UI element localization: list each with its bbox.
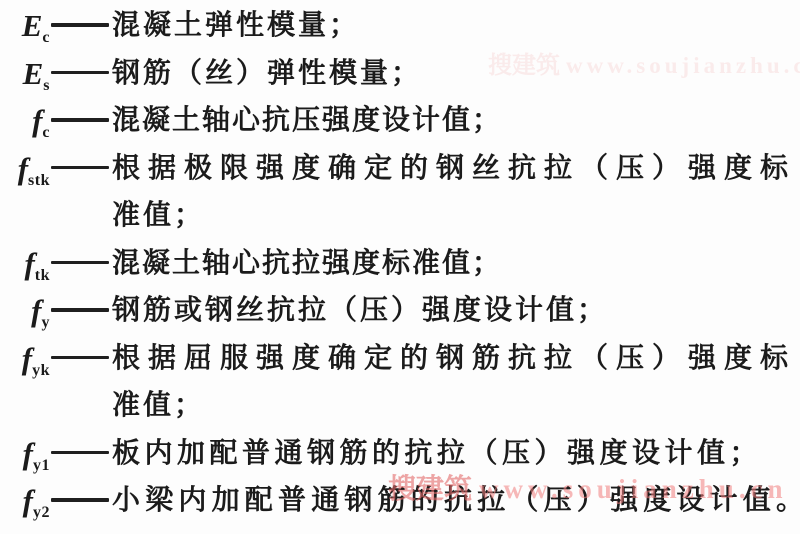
definition-item: Ec混凝土弹性模量； <box>0 2 800 50</box>
em-dash-rule <box>50 477 112 525</box>
symbol: ftk <box>0 240 50 288</box>
definition-line: 根据极限强度确定的钢丝抗拉（压）强度标 <box>112 145 800 193</box>
em-dash-rule <box>50 335 112 383</box>
symbol: fy1 <box>0 430 50 478</box>
definition-text: 混凝土轴心抗拉强度标准值； <box>112 240 800 288</box>
symbol-base: f <box>23 483 33 518</box>
em-dash-rule <box>50 430 112 478</box>
em-dash-bar <box>51 166 109 170</box>
em-dash-rule <box>50 240 112 288</box>
definition-line: 混凝土轴心抗压强度设计值； <box>112 97 800 145</box>
symbol-base: E <box>23 56 44 91</box>
symbol-base: f <box>18 151 28 186</box>
definition-item: fy1板内加配普通钢筋的抗拉（压）强度设计值； <box>0 430 800 478</box>
em-dash-bar <box>51 261 109 265</box>
symbol-subscript: tk <box>35 267 50 284</box>
symbol-subscript: c <box>42 124 50 141</box>
em-dash-bar <box>51 308 109 312</box>
symbol-base: f <box>31 293 41 328</box>
em-dash-rule <box>50 287 112 335</box>
symbol-base: f <box>23 436 33 471</box>
symbol-base: E <box>22 8 43 43</box>
definition-text: 根据极限强度确定的钢丝抗拉（压）强度标准值； <box>112 145 800 240</box>
definition-text: 小梁内加配普通钢筋的抗拉（压）强度设计值。 <box>112 477 800 525</box>
definition-text: 混凝土弹性模量； <box>112 2 800 50</box>
symbol: fy <box>0 287 50 335</box>
symbol-subscript: stk <box>28 172 50 189</box>
definition-item: fstk根据极限强度确定的钢丝抗拉（压）强度标准值； <box>0 145 800 240</box>
definition-item: ftk混凝土轴心抗拉强度标准值； <box>0 240 800 288</box>
symbol: Es <box>0 50 50 98</box>
symbol-base: f <box>32 103 42 138</box>
symbol-base: f <box>24 246 34 281</box>
em-dash-rule <box>50 145 112 193</box>
symbol-base: f <box>22 341 32 376</box>
definition-item: fc混凝土轴心抗压强度设计值； <box>0 97 800 145</box>
em-dash-bar <box>51 71 109 75</box>
em-dash-rule <box>50 97 112 145</box>
em-dash-bar <box>51 23 109 27</box>
em-dash-rule <box>50 2 112 50</box>
em-dash-rule <box>50 50 112 98</box>
definition-list: Ec混凝土弹性模量；Es钢筋（丝）弹性模量；fc混凝土轴心抗压强度设计值；fst… <box>0 2 800 525</box>
definition-text: 根据屈服强度确定的钢筋抗拉（压）强度标准值； <box>112 335 800 430</box>
definition-line: 小梁内加配普通钢筋的抗拉（压）强度设计值。 <box>112 477 800 525</box>
definition-text: 钢筋或钢丝抗拉（压）强度设计值； <box>112 287 800 335</box>
symbol: fc <box>0 97 50 145</box>
symbol: fyk <box>0 335 50 383</box>
symbol: Ec <box>0 2 50 50</box>
definition-line: 钢筋（丝）弹性模量； <box>112 50 800 98</box>
definition-text: 混凝土轴心抗压强度设计值； <box>112 97 800 145</box>
definition-item: fy2小梁内加配普通钢筋的抗拉（压）强度设计值。 <box>0 477 800 525</box>
definition-text: 板内加配普通钢筋的抗拉（压）强度设计值； <box>112 430 800 478</box>
definition-line: 准值； <box>112 382 800 430</box>
symbol-subscript: y2 <box>33 504 50 521</box>
em-dash-bar <box>51 356 109 360</box>
symbol-subscript: y1 <box>33 457 50 474</box>
definition-line: 板内加配普通钢筋的抗拉（压）强度设计值； <box>112 430 800 478</box>
definition-line: 准值； <box>112 192 800 240</box>
em-dash-bar <box>51 451 109 455</box>
definition-item: fyk根据屈服强度确定的钢筋抗拉（压）强度标准值； <box>0 335 800 430</box>
definition-line: 混凝土轴心抗拉强度标准值； <box>112 240 800 288</box>
scanned-document-page: Ec混凝土弹性模量；Es钢筋（丝）弹性模量；fc混凝土轴心抗压强度设计值；fst… <box>0 0 800 534</box>
symbol-subscript: s <box>43 77 50 94</box>
symbol-subscript: c <box>42 29 50 46</box>
symbol-subscript: yk <box>32 362 50 379</box>
definition-line: 钢筋或钢丝抗拉（压）强度设计值； <box>112 287 800 335</box>
definition-item: fy钢筋或钢丝抗拉（压）强度设计值； <box>0 287 800 335</box>
definition-item: Es钢筋（丝）弹性模量； <box>0 50 800 98</box>
definition-text: 钢筋（丝）弹性模量； <box>112 50 800 98</box>
definition-line: 根据屈服强度确定的钢筋抗拉（压）强度标 <box>112 335 800 383</box>
em-dash-bar <box>51 118 109 122</box>
symbol: fy2 <box>0 477 50 525</box>
symbol-subscript: y <box>42 314 51 331</box>
symbol: fstk <box>0 145 50 193</box>
em-dash-bar <box>51 498 109 502</box>
definition-line: 混凝土弹性模量； <box>112 2 800 50</box>
